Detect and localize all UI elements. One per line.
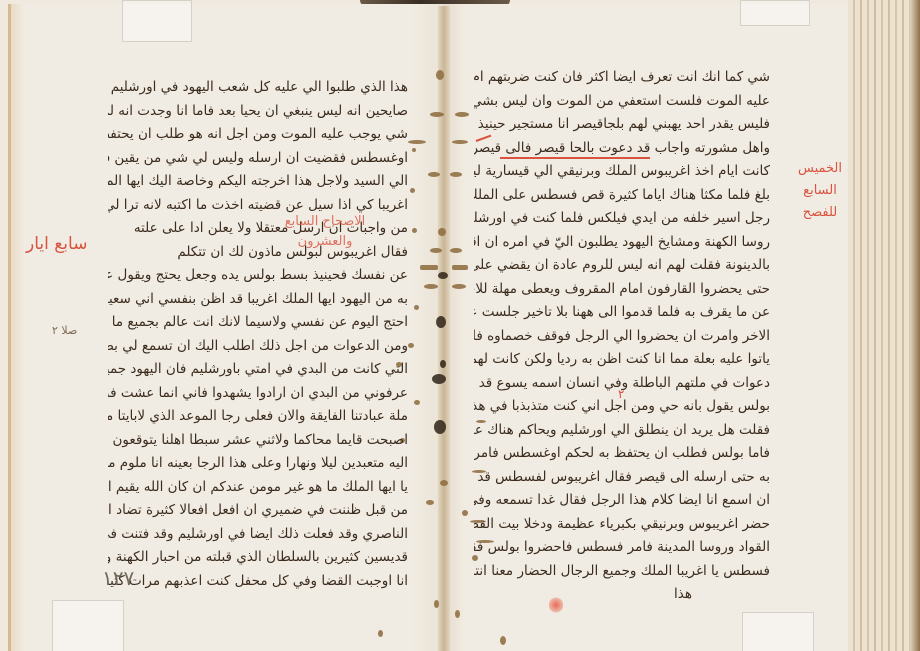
page-fore-edge — [848, 0, 920, 651]
text-line: بلغ فلما مكثا هناك اياما كثيرة قص فسطس ع… — [474, 184, 770, 208]
text-line: ومن الدعوات من اجل ذلك اطلب اليك ان تسمع… — [108, 335, 408, 359]
margin-rubric-right-line1: الخميس السابع — [790, 158, 850, 202]
text-line: رجل اسير خلفه من ايدي فيلكس فلما كنت في … — [474, 207, 770, 231]
mount-tab-top-left — [122, 0, 192, 42]
left-page-text: هذا الذي طلبوا الي عليه كل شعب اليهود في… — [108, 76, 408, 593]
mount-tab-bottom-right — [742, 612, 814, 651]
text-line: به من اليهود ايها الملك اغريبا قد اظن بن… — [108, 288, 408, 312]
text-line: عرفوني من البدي ان ارادوا يشهدوا فاني ان… — [108, 382, 408, 406]
text-line: فاما بولس فطلب ان يحتفظ به لحكم اوغسطس ف… — [474, 442, 770, 466]
open-manuscript: هذا الذي طلبوا الي عليه كل شعب اليهود في… — [0, 0, 920, 651]
text-line: روسا الكهنة ومشايخ اليهود يطلبون اليّ في… — [474, 231, 770, 255]
mount-tab-top-right — [740, 0, 810, 26]
text-line: بالدينونة فقلت لهم انه ليس للروم عادة ان… — [474, 254, 770, 278]
text-line: ياتوا عليه بعلة مما انا كنت اظن به رديا … — [474, 348, 770, 372]
gutter-fold — [438, 6, 450, 651]
text-line: يا ايها الملك ما هو غير مومن عندكم ان كا… — [108, 476, 408, 500]
text-line: ان اسمع انا ايضا كلام هذا الرجل فقال غدا… — [474, 489, 770, 513]
red-ink-smudge — [549, 596, 563, 614]
folio-number: ١٢٧ — [102, 566, 134, 590]
text-line: التي كانت من البدي في امتي باورشليم فان … — [108, 358, 408, 382]
text-line: من قبل ظننت في ضميري ان افعل افعالا كثير… — [108, 499, 408, 523]
text-line: شي كما انك انت تعرف ايضا اكثر فان كنت ضر… — [474, 66, 770, 90]
text-line: الناصري وقد فعلت ذلك ايضا في اورشليم وقد… — [108, 523, 408, 547]
text-line: عليه الموت فلست استعفي من الموت وان ليس … — [474, 90, 770, 114]
text-line: هذا الذي طلبوا الي عليه كل شعب اليهود في… — [108, 76, 408, 100]
text-line: صايحين انه ليس ينبغي ان يحيا بعد فاما ان… — [108, 100, 408, 124]
text-line: الي السيد ولاجل هذا اخرجته اليكم وخاصة ا… — [108, 170, 408, 194]
text-line: اصبحت قايما محاكما ولاثني عشر سبطا اهلنا… — [108, 429, 408, 453]
margin-rubric-left: سابع ايار — [26, 234, 87, 254]
margin-rubric-right-line2: للفصح — [790, 202, 850, 224]
margin-rubric-right: الخميس السابع للفصح — [790, 158, 850, 224]
rubric-underline — [500, 157, 650, 159]
text-line: اليه متعبدين ليلا ونهارا وعلى هذا الرجا … — [108, 452, 408, 476]
chapter-heading-rubric: الاصحاح السابع والعشرون — [270, 212, 380, 252]
text-line: احتج اليوم عن نفسي ولاسيما لانك انت عالم… — [108, 311, 408, 335]
text-line: هذا — [474, 583, 770, 607]
text-line: فقلت هل يريد ان ينطلق الي اورشليم ويحاكم… — [474, 419, 770, 443]
text-line: فسطس يا اغريبا الملك وجميع الرجال الحضار… — [474, 560, 770, 584]
inline-red-mark: ٢ — [618, 387, 624, 401]
text-line: به حتى ارسله الى قيصر فقال اغريبوس لفسطس… — [474, 466, 770, 490]
text-line: حضر اغريبوس وبرنيقي بكبرياء عظيمة ودخلا … — [474, 513, 770, 537]
text-line: كانت ايام اخذ اغريبوس الملك وبرنيقي الي … — [474, 160, 770, 184]
text-line: القواد وروسا المدينة فامر فسطس فاحضروا ب… — [474, 536, 770, 560]
text-line: شي يوجب عليه الموت ومن اجل انه هو طلب ان… — [108, 123, 408, 147]
right-page-text: شي كما انك انت تعرف ايضا اكثر فان كنت ضر… — [474, 66, 770, 607]
mount-tab-bottom-left — [52, 600, 124, 651]
margin-note-left: صلا ٢ — [52, 324, 77, 337]
text-line: عن ما يقرف به فلما قدموا الى ههنا بلا تا… — [474, 301, 770, 325]
text-line: الاخر وامرت ان يحضروا الي الرجل فوقف خصم… — [474, 325, 770, 349]
text-line: حتى يحضروا القارفون امام المقروف ويعطى م… — [474, 278, 770, 302]
text-line: عن نفسك فحينيذ بسط بولس يده وجعل يحتج وي… — [108, 264, 408, 288]
text-line: انا اوجبت القضا وفي كل محفل كنت اعذبهم م… — [108, 570, 408, 594]
text-line: اوغسطس فقضيت ان ارسله وليس لي شي من يقين… — [108, 147, 408, 171]
text-line: ملة عبادتنا الفايقة والان فعلى رجا الموع… — [108, 405, 408, 429]
text-line: فليس يقدر احد يهبني لهم بلجاقيصر انا مست… — [474, 113, 770, 137]
text-line: قديسين كثيرين بالسلطان الذي قبلته من احب… — [108, 546, 408, 570]
